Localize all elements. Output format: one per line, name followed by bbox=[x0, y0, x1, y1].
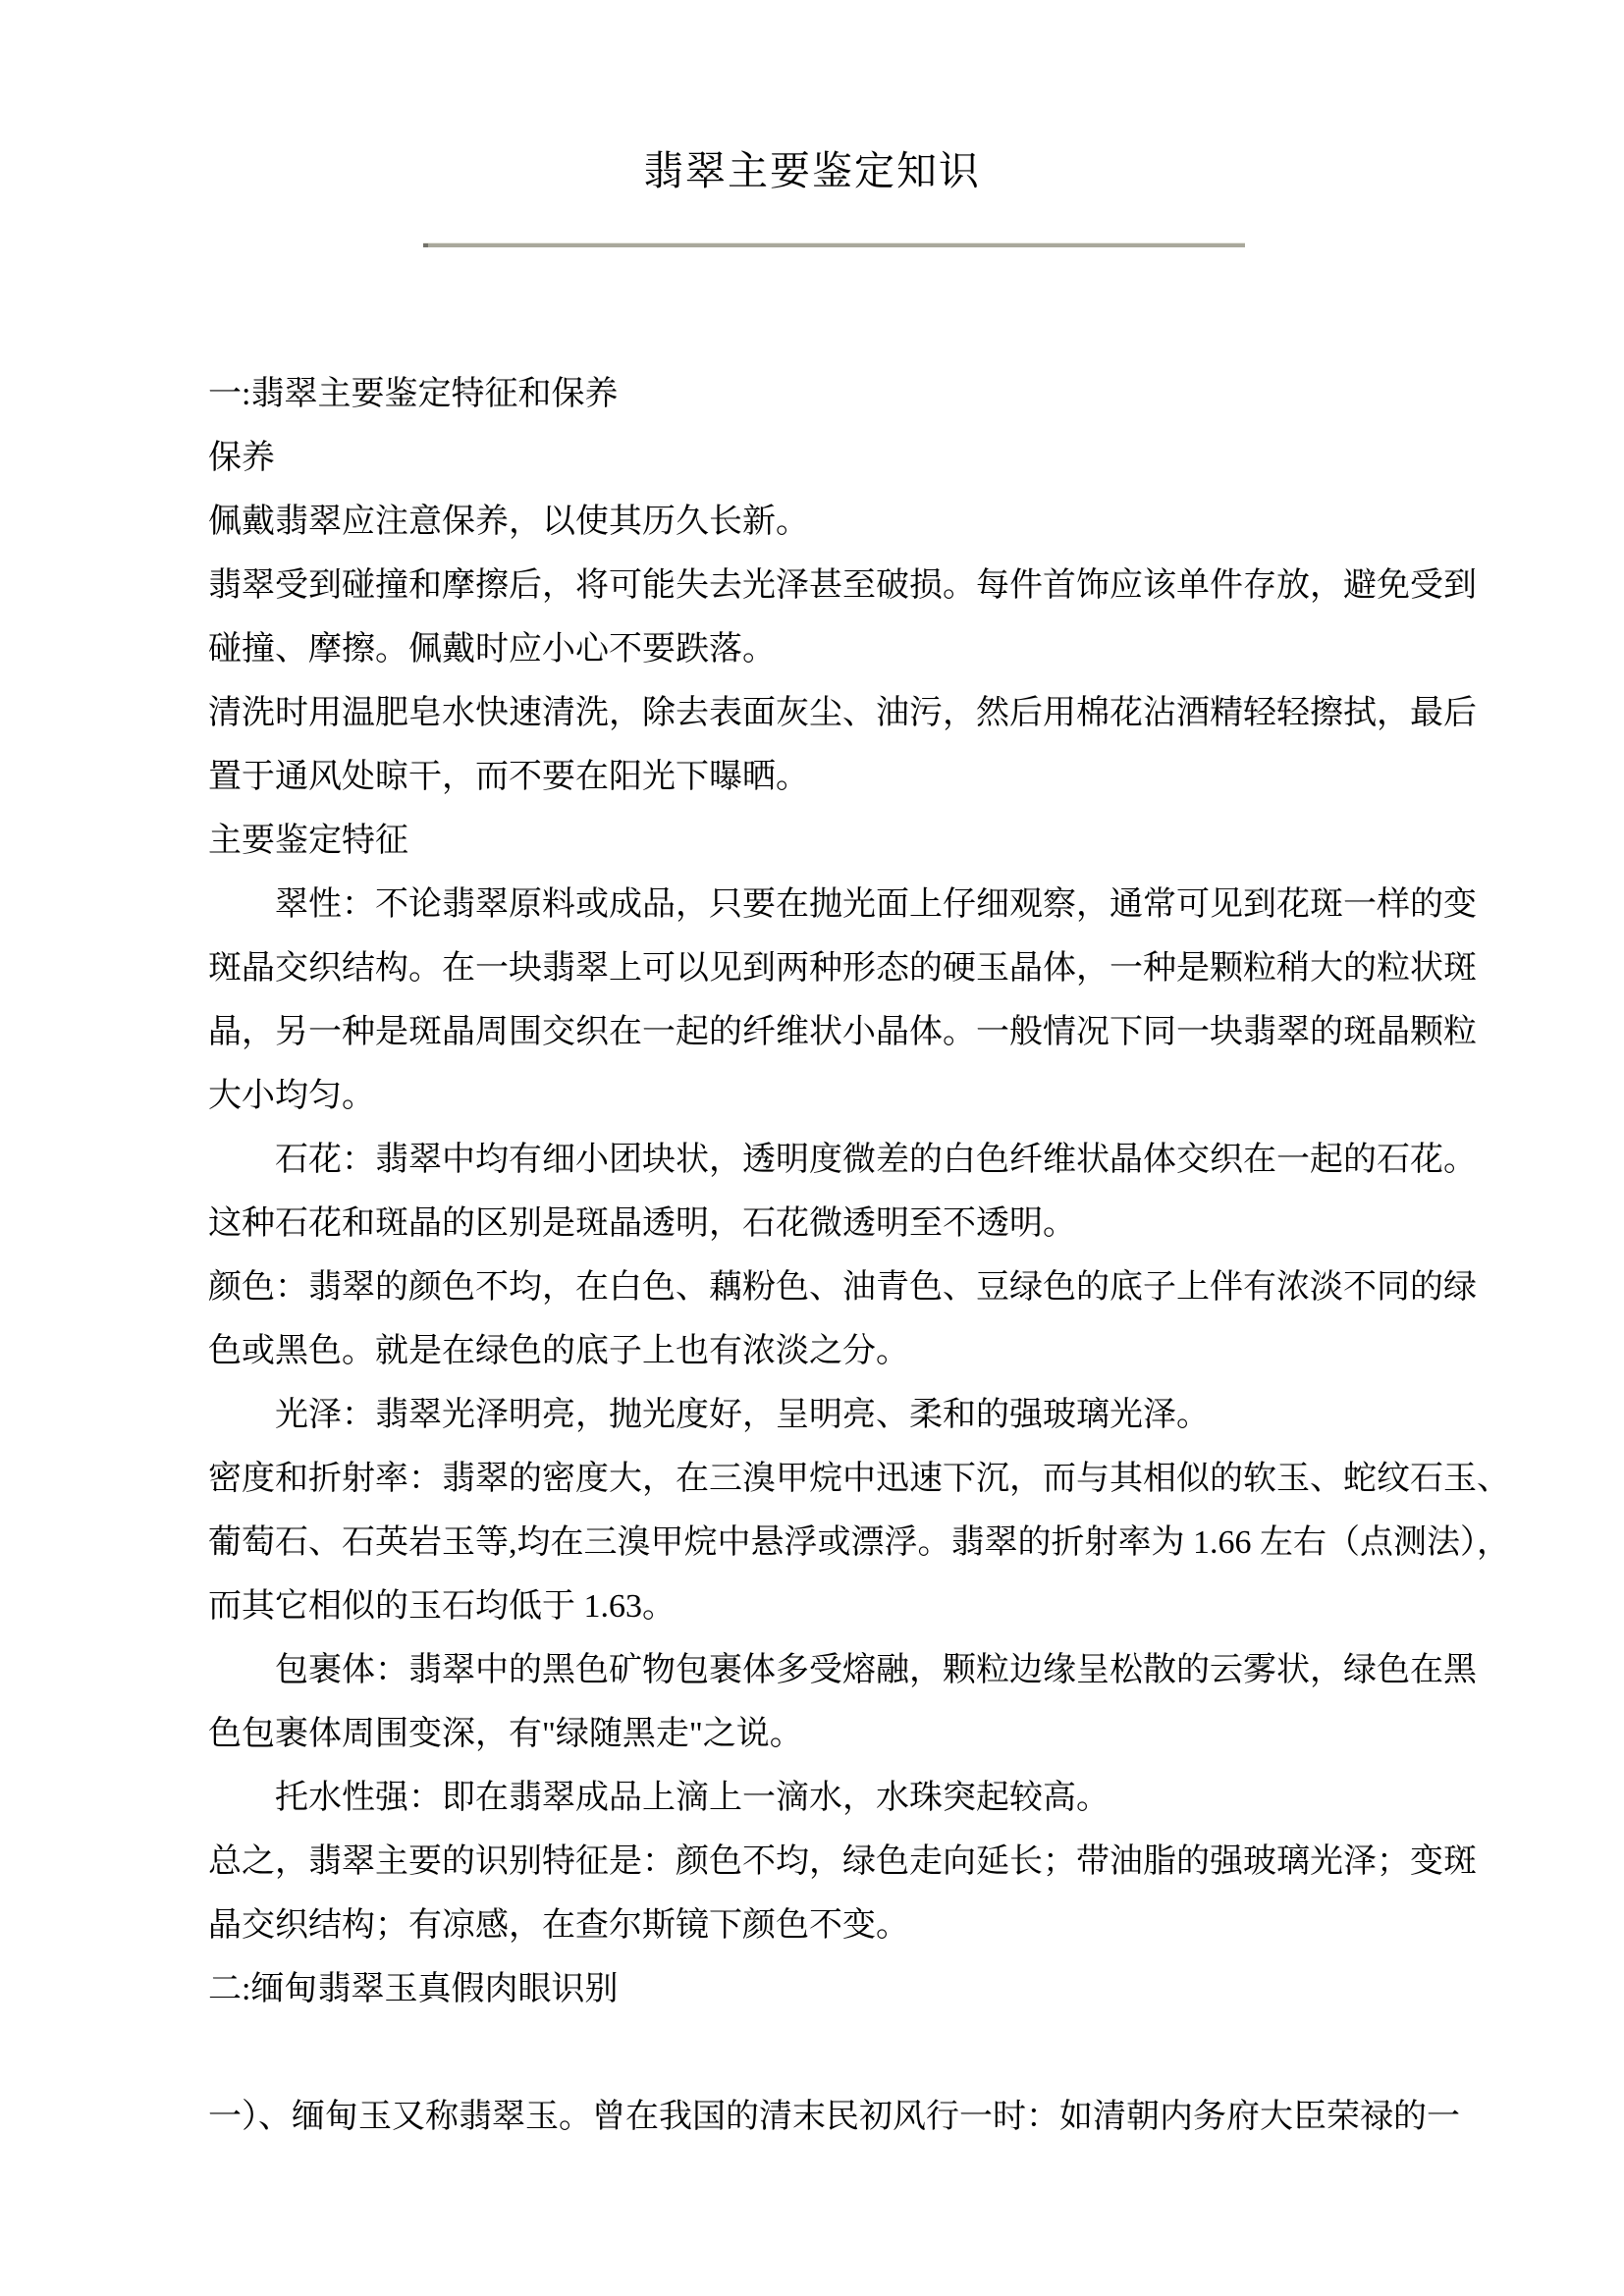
text-line: 大小均匀。 bbox=[208, 1064, 1483, 1128]
text-line: 二:缅甸翡翠玉真假肉眼识别 bbox=[208, 1957, 1483, 2021]
blank-line bbox=[208, 2021, 1483, 2085]
text-line: 翡翠受到碰撞和摩擦后，将可能失去光泽甚至破损。每件首饰应该单件存放，避免受到 bbox=[208, 554, 1483, 617]
text-line: 置于通风处晾干，而不要在阳光下曝晒。 bbox=[208, 745, 1483, 809]
title-divider bbox=[423, 242, 1245, 247]
text-line: 保养 bbox=[208, 426, 1483, 490]
text-line: 密度和折射率：翡翠的密度大，在三溴甲烷中迅速下沉，而与其相似的软玉、蛇纹石玉、 bbox=[208, 1447, 1483, 1511]
text-line: 色或黑色。就是在绿色的底子上也有浓淡之分。 bbox=[208, 1319, 1483, 1383]
text-line: 翠性：不论翡翠原料或成品，只要在抛光面上仔细观察，通常可见到花斑一样的变 bbox=[208, 873, 1483, 936]
text-line: 色包裹体周围变深，有"绿随黑走"之说。 bbox=[208, 1702, 1483, 1766]
text-line: 这种石花和斑晶的区别是斑晶透明，石花微透明至不透明。 bbox=[208, 1192, 1483, 1255]
text-line: 颜色：翡翠的颜色不均，在白色、藕粉色、油青色、豆绿色的底子上伴有浓淡不同的绿 bbox=[208, 1255, 1483, 1319]
text-line: 包裹体：翡翠中的黑色矿物包裹体多受熔融，颗粒边缘呈松散的云雾状，绿色在黑 bbox=[208, 1638, 1483, 1702]
document-title: 翡翠主要鉴定知识 bbox=[0, 0, 1624, 194]
text-line: 斑晶交织结构。在一块翡翠上可以见到两种形态的硬玉晶体，一种是颗粒稍大的粒状斑 bbox=[208, 936, 1483, 1000]
text-line: 清洗时用温肥皂水快速清洗，除去表面灰尘、油污，然后用棉花沾酒精轻轻擦拭，最后 bbox=[208, 681, 1483, 745]
document-page: 翡翠主要鉴定知识 一:翡翠主要鉴定特征和保养 保养 佩戴翡翠应注意保养，以使其历… bbox=[0, 0, 1624, 2296]
text-line: 晶，另一种是斑晶周围交织在一起的纤维状小晶体。一般情况下同一块翡翠的斑晶颗粒 bbox=[208, 1000, 1483, 1064]
text-line: 佩戴翡翠应注意保养，以使其历久长新。 bbox=[208, 490, 1483, 554]
text-line: 总之，翡翠主要的识别特征是：颜色不均，绿色走向延长；带油脂的强玻璃光泽；变斑 bbox=[208, 1830, 1483, 1894]
text-line: 一）、缅甸玉又称翡翠玉。曾在我国的清末民初风行一时：如清朝内务府大臣荣禄的一 bbox=[208, 2085, 1483, 2149]
text-line: 托水性强：即在翡翠成品上滴上一滴水，水珠突起较高。 bbox=[208, 1766, 1483, 1830]
text-line: 一:翡翠主要鉴定特征和保养 bbox=[208, 362, 1483, 426]
text-line: 葡萄石、石英岩玉等,均在三溴甲烷中悬浮或漂浮。翡翠的折射率为 1.66 左右（点… bbox=[208, 1511, 1483, 1575]
text-line: 主要鉴定特征 bbox=[208, 809, 1483, 873]
document-body: 一:翡翠主要鉴定特征和保养 保养 佩戴翡翠应注意保养，以使其历久长新。 翡翠受到… bbox=[208, 362, 1483, 2149]
text-line: 而其它相似的玉石均低于 1.63。 bbox=[208, 1575, 1483, 1638]
text-line: 碰撞、摩擦。佩戴时应小心不要跌落。 bbox=[208, 617, 1483, 681]
text-line: 光泽：翡翠光泽明亮，抛光度好，呈明亮、柔和的强玻璃光泽。 bbox=[208, 1383, 1483, 1447]
text-line: 石花：翡翠中均有细小团块状，透明度微差的白色纤维状晶体交织在一起的石花。 bbox=[208, 1128, 1483, 1192]
text-line: 晶交织结构；有凉感，在查尔斯镜下颜色不变。 bbox=[208, 1894, 1483, 1957]
